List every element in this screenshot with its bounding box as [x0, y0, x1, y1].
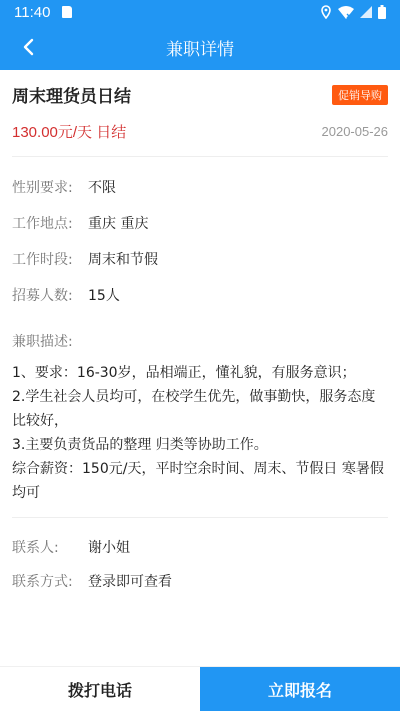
signal-icon	[360, 6, 372, 18]
post-date: 2020-05-26	[322, 124, 389, 139]
category-tag: 促销导购	[332, 85, 388, 105]
description-text: 1、要求：16-30岁，品相端正，懂礼貌，有服务意识； 2.学生社会人员均可，在…	[12, 361, 388, 505]
price-row: 130.00元/天 日结 2020-05-26	[12, 121, 388, 157]
job-title: 周末理货员日结	[12, 82, 131, 107]
info-label: 工作时段:	[12, 249, 88, 269]
description-label: 兼职描述:	[12, 331, 388, 351]
call-button[interactable]: 拨打电话	[0, 667, 200, 711]
contact-method-row: 联系方式: 登录即可查看	[12, 564, 388, 598]
info-row-location: 工作地点: 重庆 重庆	[12, 205, 388, 241]
bottom-action-bar: 拨打电话 立即报名	[0, 666, 400, 711]
info-row-headcount: 招募人数: 15人	[12, 277, 388, 313]
wifi-icon	[338, 6, 354, 19]
info-row-time: 工作时段: 周末和节假	[12, 241, 388, 277]
contact-method-label: 联系方式:	[12, 571, 88, 591]
contact-section: 联系人: 谢小姐 联系方式: 登录即可查看	[12, 517, 388, 598]
battery-icon	[378, 5, 386, 19]
contact-method-value[interactable]: 登录即可查看	[88, 571, 172, 591]
status-bar: 11:40	[0, 0, 400, 24]
info-label: 招募人数:	[12, 285, 88, 305]
contact-person-label: 联系人:	[12, 537, 88, 557]
sd-card-icon	[62, 6, 72, 18]
info-label: 工作地点:	[12, 213, 88, 233]
status-time: 11:40	[14, 4, 50, 21]
job-header: 周末理货员日结 促销导购 130.00元/天 日结 2020-05-26	[0, 70, 400, 157]
info-row-gender: 性别要求: 不限	[12, 169, 388, 205]
chevron-left-icon[interactable]	[18, 36, 40, 58]
job-description: 兼职描述: 1、要求：16-30岁，品相端正，懂礼貌，有服务意识； 2.学生社会…	[0, 313, 400, 505]
job-title-row: 周末理货员日结 促销导购	[12, 70, 388, 107]
nav-bar: 兼职详情	[0, 24, 400, 70]
info-value: 不限	[88, 177, 116, 197]
status-icons	[320, 5, 386, 19]
salary: 130.00元/天 日结	[12, 121, 126, 142]
page-title: 兼职详情	[166, 35, 234, 60]
info-value: 周末和节假	[88, 249, 158, 269]
info-label: 性别要求:	[12, 177, 88, 197]
contact-person-row: 联系人: 谢小姐	[12, 530, 388, 564]
info-value: 重庆 重庆	[88, 213, 148, 233]
location-icon	[320, 5, 332, 19]
job-info: 性别要求: 不限 工作地点: 重庆 重庆 工作时段: 周末和节假 招募人数: 1…	[0, 157, 400, 313]
contact-person-value: 谢小姐	[88, 537, 130, 557]
info-value: 15人	[88, 285, 120, 305]
apply-button[interactable]: 立即报名	[200, 667, 400, 711]
